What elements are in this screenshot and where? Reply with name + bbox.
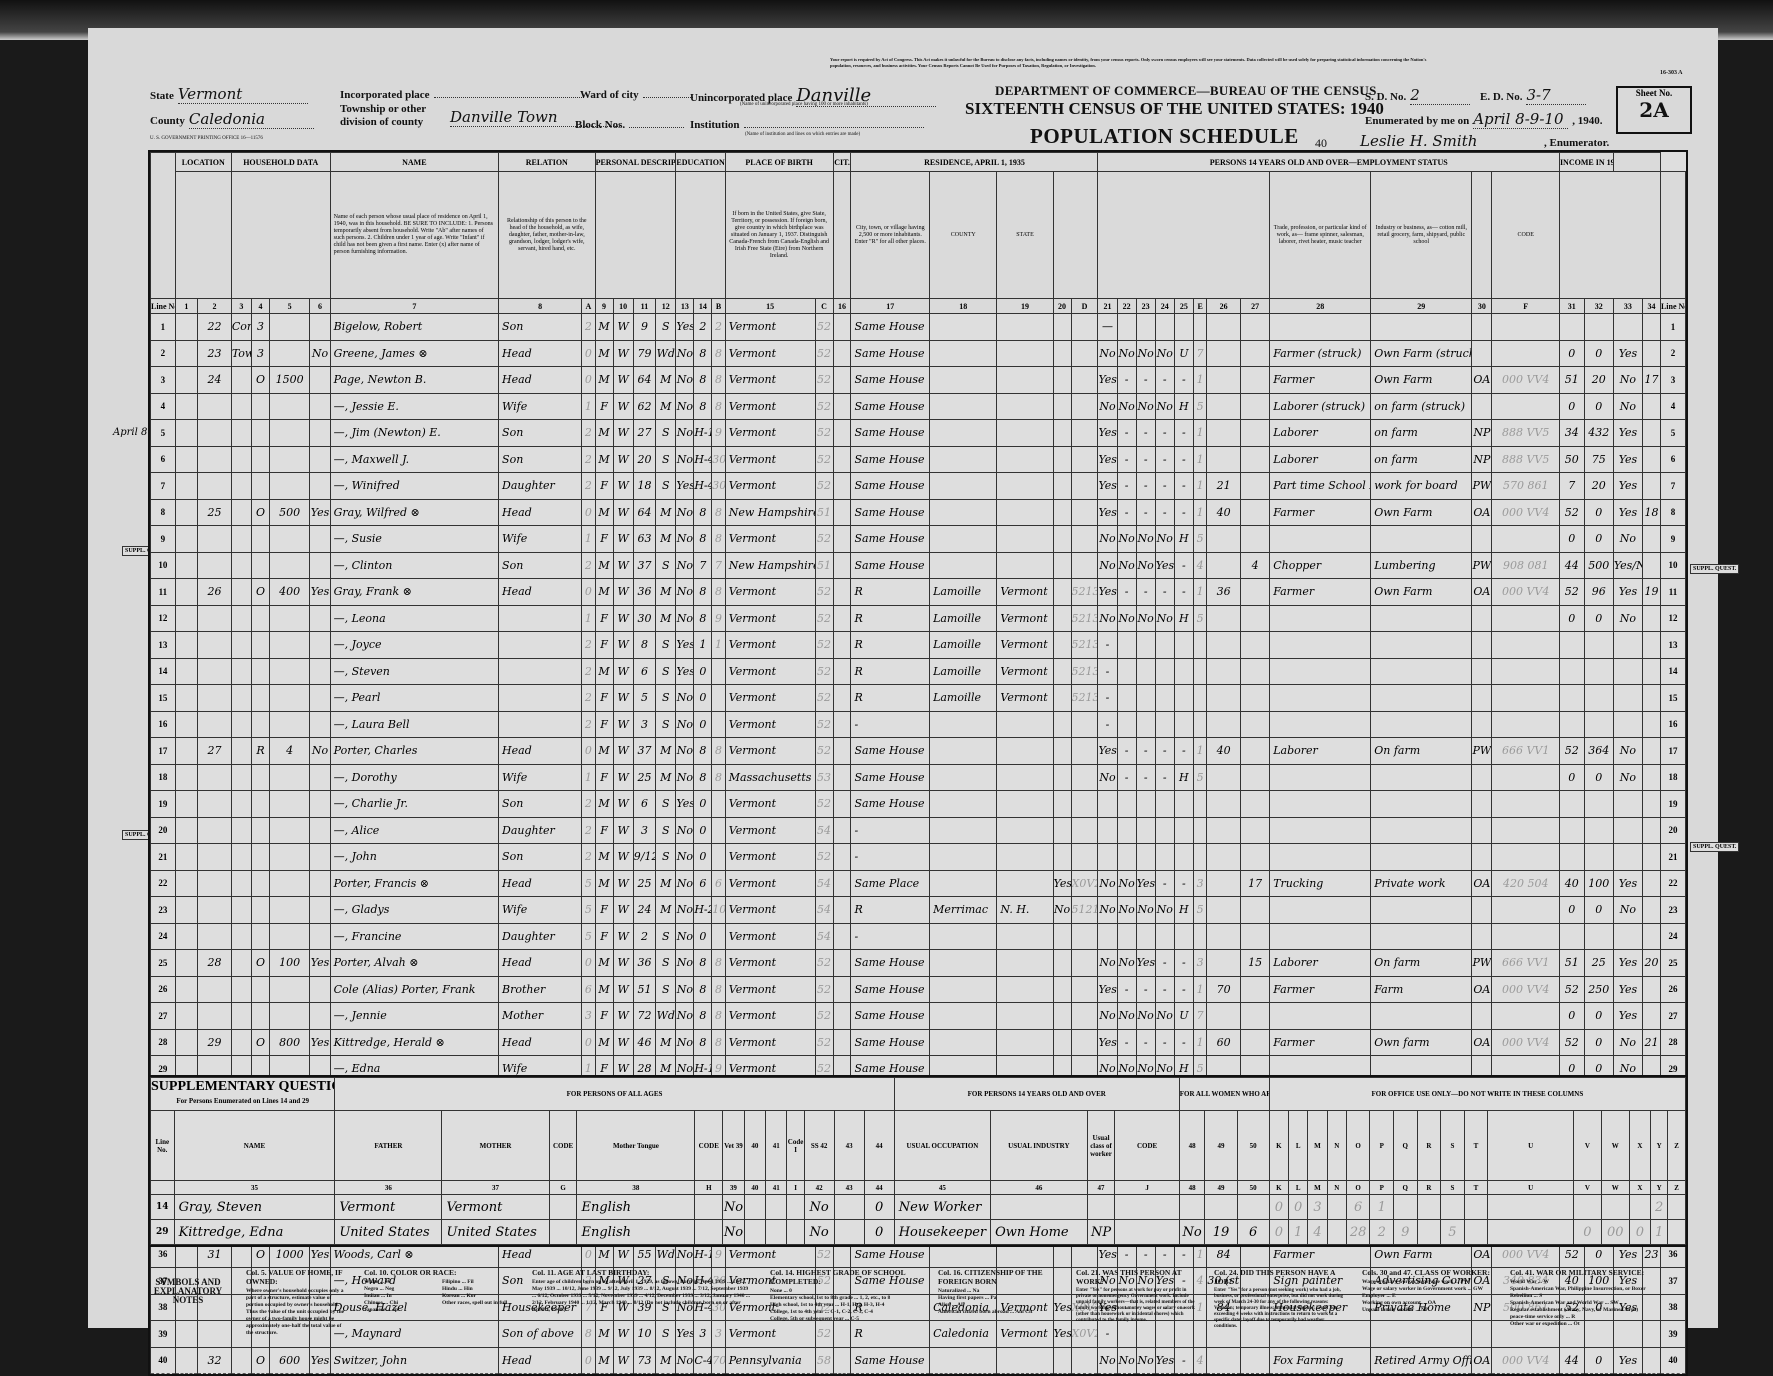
cell-farm: Yes xyxy=(310,1347,330,1374)
cell-name: Gray, Frank ⊗ xyxy=(330,579,498,606)
cell-fam xyxy=(231,393,251,420)
column-number: 26 xyxy=(1207,299,1241,314)
cell-c21: No xyxy=(1098,340,1117,367)
cell-street xyxy=(175,579,197,606)
line-number: 24 xyxy=(1660,923,1685,950)
cell-c23: - xyxy=(1136,764,1155,791)
cell-fam xyxy=(231,526,251,553)
cell-street xyxy=(175,446,197,473)
supp-cell-L: 1 xyxy=(1289,1220,1308,1245)
cell-c23: Yes xyxy=(1136,870,1155,897)
table-row: 19—, Charlie Jr.Son2MW6SYes0Vermont52Sam… xyxy=(151,791,1686,818)
cell-rel: Head xyxy=(499,738,582,765)
cell-farm xyxy=(310,314,330,341)
cell-farm xyxy=(310,685,330,712)
supp-column-number: W xyxy=(1601,1181,1629,1195)
cell-mar: M xyxy=(656,579,676,606)
cell-age: 25 xyxy=(633,870,655,897)
cell-c31: 52 xyxy=(1559,579,1584,606)
cell-res_county xyxy=(930,1029,997,1056)
cell-codeE: 1 xyxy=(1193,1029,1206,1056)
supp-cell-c50 xyxy=(1237,1195,1269,1220)
cell-c26 xyxy=(1207,446,1241,473)
cell-farm35 xyxy=(1053,976,1071,1003)
cell-farm xyxy=(310,446,330,473)
column-number: E xyxy=(1193,299,1206,314)
cell-codeF xyxy=(1492,658,1559,685)
cell-c34 xyxy=(1643,658,1661,685)
cell-c34 xyxy=(1643,897,1661,924)
cell-val xyxy=(269,658,309,685)
cell-cls: PW xyxy=(1472,950,1492,977)
cell-ind: Own Farm xyxy=(1371,579,1472,606)
supp-cell-Q xyxy=(1394,1195,1418,1220)
cell-name: —, Leona xyxy=(330,605,498,632)
cell-birth: New Hampshire xyxy=(725,499,815,526)
cell-c27 xyxy=(1241,420,1270,447)
cell-farm xyxy=(310,817,330,844)
cell-own: R xyxy=(252,738,270,765)
cell-cit xyxy=(833,711,851,738)
line-number: 5 xyxy=(1660,420,1685,447)
cell-farm35 xyxy=(1053,499,1071,526)
cell-res_state xyxy=(997,314,1053,341)
column-number: 30 xyxy=(1472,299,1492,314)
cell-street xyxy=(175,1029,197,1056)
cell-farm: No xyxy=(310,738,330,765)
cell-c22: No xyxy=(1117,1347,1136,1374)
supp-column-number: K xyxy=(1269,1181,1288,1195)
cell-codeD xyxy=(1071,1347,1098,1374)
cell-c34: 17 xyxy=(1643,367,1661,394)
supp-cell-c42: No xyxy=(804,1220,834,1245)
cell-codeA: 2 xyxy=(582,446,595,473)
table-row: 5—, Jim (Newton) E.Son2MW27SNoH-19Vermon… xyxy=(151,420,1686,447)
line-number: 19 xyxy=(1660,791,1685,818)
cell-rel: Son xyxy=(499,420,582,447)
cell-codeF xyxy=(1492,314,1559,341)
cell-codeA: 0 xyxy=(582,579,595,606)
cell-c24 xyxy=(1155,632,1174,659)
cell-fam xyxy=(231,791,251,818)
cell-street xyxy=(175,605,197,632)
group-education: EDUCATION xyxy=(676,153,725,172)
cell-c26: 40 xyxy=(1207,738,1241,765)
cell-codeF xyxy=(1492,764,1559,791)
cell-cit xyxy=(833,367,851,394)
supp-cell-c40 xyxy=(744,1220,765,1245)
cell-sch: No xyxy=(676,1347,694,1374)
cell-c26 xyxy=(1207,950,1241,977)
table-row: 4032O600YesSwitzer, JohnHead0MW73MNoC-47… xyxy=(151,1347,1686,1374)
supp-column-header: O xyxy=(1346,1111,1370,1181)
cell-c34 xyxy=(1643,685,1661,712)
cell-street xyxy=(175,817,197,844)
cell-race: W xyxy=(613,685,633,712)
column-number: 3 xyxy=(231,299,251,314)
cell-ind xyxy=(1371,844,1472,871)
cell-own xyxy=(252,764,270,791)
cell-res_state xyxy=(997,764,1053,791)
cell-birth: Vermont xyxy=(725,791,815,818)
cell-codeB: 70 xyxy=(712,1347,725,1374)
cell-c21: No xyxy=(1098,764,1117,791)
cell-farm35 xyxy=(1053,473,1071,500)
cell-street xyxy=(175,552,197,579)
cell-birth: Vermont xyxy=(725,1003,815,1030)
cell-grade: 6 xyxy=(694,870,712,897)
note-item: Wage or salary worker in private work ..… xyxy=(1362,1279,1492,1286)
cell-val xyxy=(269,526,309,553)
cell-c24: No xyxy=(1155,393,1174,420)
group-location: LOCATION xyxy=(175,153,231,172)
cell-codeB: 8 xyxy=(712,340,725,367)
cell-c34: 18 xyxy=(1643,499,1661,526)
cell-codeE: 1 xyxy=(1193,499,1206,526)
cell-name: —, Joyce xyxy=(330,632,498,659)
line-number: 21 xyxy=(151,844,176,871)
cell-age: 20 xyxy=(633,446,655,473)
cell-race: W xyxy=(613,314,633,341)
cell-res_state xyxy=(997,340,1053,367)
cell-c21 xyxy=(1098,817,1117,844)
cell-street xyxy=(175,791,197,818)
note-col16-title: Col. 16. CITIZENSHIP OF THE FOREIGN BORN xyxy=(938,1268,1058,1286)
cell-codeC: 54 xyxy=(815,870,833,897)
group-residence: RESIDENCE, APRIL 1, 1935 xyxy=(851,153,1098,172)
form-number: 16-303 A xyxy=(1660,70,1683,76)
cell-res_state xyxy=(997,499,1053,526)
cell-race: W xyxy=(613,897,633,924)
cell-c21: No xyxy=(1098,393,1117,420)
cell-c25: U xyxy=(1174,1003,1193,1030)
cell-birth: Vermont xyxy=(725,817,815,844)
cell-res_state xyxy=(997,446,1053,473)
cell-mar: S xyxy=(656,817,676,844)
cell-sex: M xyxy=(595,870,613,897)
cell-res_county: Lamoille xyxy=(930,685,997,712)
note-col41: Col. 41. WAR OR MILITARY SERVICE: World … xyxy=(1510,1268,1650,1328)
note-item: American citizen born abroad ... Am Cit xyxy=(938,1309,1058,1316)
cell-c21: - xyxy=(1098,685,1117,712)
cell-res_county xyxy=(930,976,997,1003)
cell-cls xyxy=(1472,605,1492,632)
cell-fam xyxy=(231,950,251,977)
cell-c26 xyxy=(1207,314,1241,341)
note-col10: Col. 10. COLOR OR RACE: White ... WNegro… xyxy=(364,1268,514,1328)
column-number: 31 xyxy=(1559,299,1584,314)
cell-farm35: No xyxy=(1053,897,1071,924)
group-personal: PERSONAL DESCRIPTION xyxy=(595,153,676,172)
cell-street xyxy=(175,976,197,1003)
cell-fam: Town xyxy=(231,340,251,367)
cell-c34 xyxy=(1643,552,1661,579)
sheet-value: 2A xyxy=(1618,98,1690,122)
cell-res_city: Same Place xyxy=(851,870,930,897)
cell-sex: M xyxy=(595,552,613,579)
note-col10-list: White ... WNegro ... NegIndian ... InChi… xyxy=(364,1279,514,1314)
cell-farm35 xyxy=(1053,950,1071,977)
supp-cell-P: 1 xyxy=(1370,1195,1394,1220)
cell-codeE: 4 xyxy=(1193,1347,1206,1374)
cell-val xyxy=(269,632,309,659)
cell-race: W xyxy=(613,791,633,818)
cell-c34 xyxy=(1643,473,1661,500)
supp-office: FOR OFFICE USE ONLY—DO NOT WRITE IN THES… xyxy=(1269,1078,1685,1111)
supp-cell-S xyxy=(1441,1195,1465,1220)
cell-grade: 8 xyxy=(694,340,712,367)
cell-c22: - xyxy=(1117,367,1136,394)
cell-c33: Yes xyxy=(1613,976,1642,1003)
cell-c23: - xyxy=(1136,1029,1155,1056)
supp-cell-Z xyxy=(1668,1195,1686,1220)
cell-c21: Yes xyxy=(1098,367,1117,394)
cell-c32: 100 xyxy=(1584,870,1613,897)
cell-occ: Farmer (struck) xyxy=(1270,340,1371,367)
cell-c26 xyxy=(1207,844,1241,871)
cell-farm35 xyxy=(1053,552,1071,579)
supp-cell-c42: No xyxy=(804,1195,834,1220)
cell-c21: — xyxy=(1098,314,1117,341)
cell-race: W xyxy=(613,393,633,420)
table-row: 1727R4NoPorter, CharlesHead0MW37MNo88Ver… xyxy=(151,738,1686,765)
cell-c31: 51 xyxy=(1559,950,1584,977)
cell-c26 xyxy=(1207,420,1241,447)
supp-column-number: 39 xyxy=(723,1181,744,1195)
table-row: 10—, ClintonSon2MW37SNo77New Hampshire51… xyxy=(151,552,1686,579)
cell-codeB: 8 xyxy=(712,764,725,791)
cell-cls: OA xyxy=(1472,499,1492,526)
cell-res_county xyxy=(930,552,997,579)
cell-house xyxy=(198,870,232,897)
cell-grade: 8 xyxy=(694,976,712,1003)
cell-res_state xyxy=(997,367,1053,394)
cell-codeF xyxy=(1492,605,1559,632)
cell-c22: - xyxy=(1117,764,1136,791)
line-number: 17 xyxy=(1660,738,1685,765)
cell-c32 xyxy=(1584,817,1613,844)
cell-c33: Yes xyxy=(1613,1003,1642,1030)
cell-ind xyxy=(1371,685,1472,712)
note-col14-title: Col. 14. HIGHEST GRADE OF SCHOOL COMPLET… xyxy=(770,1268,920,1286)
state-value: Vermont xyxy=(178,85,308,104)
supp-cell-codeG xyxy=(549,1195,577,1220)
cell-codeC: 52 xyxy=(815,632,833,659)
cell-farm35 xyxy=(1053,738,1071,765)
cell-street xyxy=(175,950,197,977)
cell-race: W xyxy=(613,499,633,526)
cell-c24 xyxy=(1155,791,1174,818)
column-number: 5 xyxy=(269,299,309,314)
cell-c21 xyxy=(1098,844,1117,871)
cell-codeB: 30 xyxy=(712,473,725,500)
cell-c33 xyxy=(1613,817,1642,844)
note-col11-text: Enter age of children born on or after A… xyxy=(532,1279,752,1314)
cell-res_city: Same House xyxy=(851,1029,930,1056)
table-row: 18—, DorothyWife1FW25MNo88Massachusetts5… xyxy=(151,764,1686,791)
cell-c32: 20 xyxy=(1584,473,1613,500)
cell-codeB: 8 xyxy=(712,393,725,420)
line-no-header xyxy=(151,153,176,299)
cell-c31 xyxy=(1559,791,1584,818)
cell-c22: - xyxy=(1117,499,1136,526)
cell-occ: Farmer xyxy=(1270,499,1371,526)
cell-farm xyxy=(310,605,330,632)
cell-grade: 8 xyxy=(694,738,712,765)
cell-farm xyxy=(310,791,330,818)
cell-ind xyxy=(1371,897,1472,924)
note-item: Unpaid family worker ... NP xyxy=(1362,1307,1492,1314)
cell-cit xyxy=(833,764,851,791)
cell-val xyxy=(269,552,309,579)
cell-mar: S xyxy=(656,314,676,341)
cell-codeA: 2 xyxy=(582,685,595,712)
cell-c25 xyxy=(1174,791,1193,818)
cell-c23 xyxy=(1136,685,1155,712)
line-number: 17 xyxy=(151,738,176,765)
supp-cell-c48 xyxy=(1179,1195,1205,1220)
cell-own xyxy=(252,844,270,871)
cell-fam xyxy=(231,552,251,579)
supp-column-header: USUAL OCCUPATION xyxy=(894,1111,990,1181)
note-col5-text: Where owner's household occupies only a … xyxy=(246,1288,346,1337)
line-number: 25 xyxy=(151,950,176,977)
cell-c23: No xyxy=(1136,897,1155,924)
cell-c34 xyxy=(1643,1347,1661,1374)
supp-column-number: Q xyxy=(1394,1181,1418,1195)
supp-column-header: CODE xyxy=(695,1111,723,1181)
group-misc xyxy=(1613,153,1660,172)
cell-codeA: 2 xyxy=(582,817,595,844)
incorporated-value xyxy=(434,97,584,98)
cell-farm35 xyxy=(1053,1347,1071,1374)
cell-c25: - xyxy=(1174,420,1193,447)
cell-street xyxy=(175,658,197,685)
cell-farm xyxy=(310,632,330,659)
supp-column-number: 43 xyxy=(834,1181,864,1195)
table-row: 223Town3NoGreene, James ⊗Head0MW79WdNo88… xyxy=(151,340,1686,367)
cell-ind: on farm xyxy=(1371,446,1472,473)
cell-c27 xyxy=(1241,605,1270,632)
cell-codeC: 52 xyxy=(815,579,833,606)
cell-c34 xyxy=(1643,632,1661,659)
cell-farm35 xyxy=(1053,1003,1071,1030)
enumerated-year: , 1940. xyxy=(1572,115,1602,127)
cell-c26 xyxy=(1207,605,1241,632)
supp-cell-tongue: English xyxy=(577,1195,695,1220)
cell-own xyxy=(252,420,270,447)
supp-cell-O: 28 xyxy=(1346,1220,1370,1245)
line-number: 5 xyxy=(151,420,176,447)
cell-c34 xyxy=(1643,526,1661,553)
supp-cell-codeI xyxy=(787,1220,804,1245)
cell-ind: on farm (struck) xyxy=(1371,393,1472,420)
cell-c22 xyxy=(1117,923,1136,950)
cell-c22: No xyxy=(1117,1003,1136,1030)
cell-c34 xyxy=(1643,870,1661,897)
cell-mar: S xyxy=(656,420,676,447)
cell-c33: No xyxy=(1613,526,1642,553)
supp-column-number: I xyxy=(787,1181,804,1195)
cell-codeC: 58 xyxy=(815,1347,833,1374)
cell-occ xyxy=(1270,711,1371,738)
table-row: 22Porter, Francis ⊗Head5MW25MNo66Vermont… xyxy=(151,870,1686,897)
cell-farm: Yes xyxy=(310,579,330,606)
cell-sch: No xyxy=(676,526,694,553)
cell-c32: 0 xyxy=(1584,764,1613,791)
cell-race: W xyxy=(613,950,633,977)
cell-name: Bigelow, Robert xyxy=(330,314,498,341)
cell-occ xyxy=(1270,632,1371,659)
cell-codeC: 52 xyxy=(815,340,833,367)
cell-c22: - xyxy=(1117,579,1136,606)
cell-birth: Vermont xyxy=(725,632,815,659)
cell-val xyxy=(269,870,309,897)
cell-race: W xyxy=(613,367,633,394)
cell-c21: Yes xyxy=(1098,473,1117,500)
cell-rel: Head xyxy=(499,340,582,367)
line-number: 27 xyxy=(151,1003,176,1030)
cell-grade: 8 xyxy=(694,1029,712,1056)
cell-rel: Head xyxy=(499,870,582,897)
note-item: Spanish-American War and World War ... S… xyxy=(1510,1300,1650,1307)
cell-c31 xyxy=(1559,817,1584,844)
cell-birth: Vermont xyxy=(725,1029,815,1056)
line-number: 1 xyxy=(151,314,176,341)
supp-column-number: U xyxy=(1488,1181,1574,1195)
cell-c31: 40 xyxy=(1559,870,1584,897)
cell-cit xyxy=(833,605,851,632)
cell-codeD: 5213 xyxy=(1071,632,1098,659)
cell-codeC: 52 xyxy=(815,844,833,871)
supp-column-header: T xyxy=(1464,1111,1488,1181)
column-number: 12 xyxy=(656,299,676,314)
cell-codeB: 8 xyxy=(712,579,725,606)
cell-codeD xyxy=(1071,393,1098,420)
cell-codeA: 0 xyxy=(582,340,595,367)
state-label: State xyxy=(150,90,174,102)
supp-cell-codeJ xyxy=(1115,1195,1179,1220)
cell-c22: - xyxy=(1117,420,1136,447)
supp-row: 29Kittredge, EdnaUnited StatesUnited Sta… xyxy=(151,1220,1686,1245)
cell-c31: 0 xyxy=(1559,1003,1584,1030)
cell-res_city: Same House xyxy=(851,976,930,1003)
cell-rel xyxy=(499,711,582,738)
cell-fam: Cont. owned by Town xyxy=(231,314,251,341)
cell-codeB: 8 xyxy=(712,499,725,526)
household-desc xyxy=(231,172,330,299)
supp-title: SUPPLEMENTARY QUESTIONS xyxy=(151,1079,334,1094)
table-row: 9—, SusieWife1FW63MNo88Vermont52Same Hou… xyxy=(151,526,1686,553)
cell-sex: M xyxy=(595,791,613,818)
line-number: 18 xyxy=(1660,764,1685,791)
cell-res_county xyxy=(930,817,997,844)
cell-farm: No xyxy=(310,340,330,367)
cell-c32: 364 xyxy=(1584,738,1613,765)
cell-c27 xyxy=(1241,923,1270,950)
column-number: 6 xyxy=(310,299,330,314)
cell-c31: 51 xyxy=(1559,367,1584,394)
cell-codeB: 10 xyxy=(712,897,725,924)
cell-race: W xyxy=(613,976,633,1003)
cell-val xyxy=(269,791,309,818)
cell-mar: S xyxy=(656,632,676,659)
cell-sex: M xyxy=(595,367,613,394)
cell-name: Porter, Charles xyxy=(330,738,498,765)
cell-codeB: 8 xyxy=(712,1029,725,1056)
column-number: 13 xyxy=(676,299,694,314)
supp-column-number: Z xyxy=(1668,1181,1686,1195)
